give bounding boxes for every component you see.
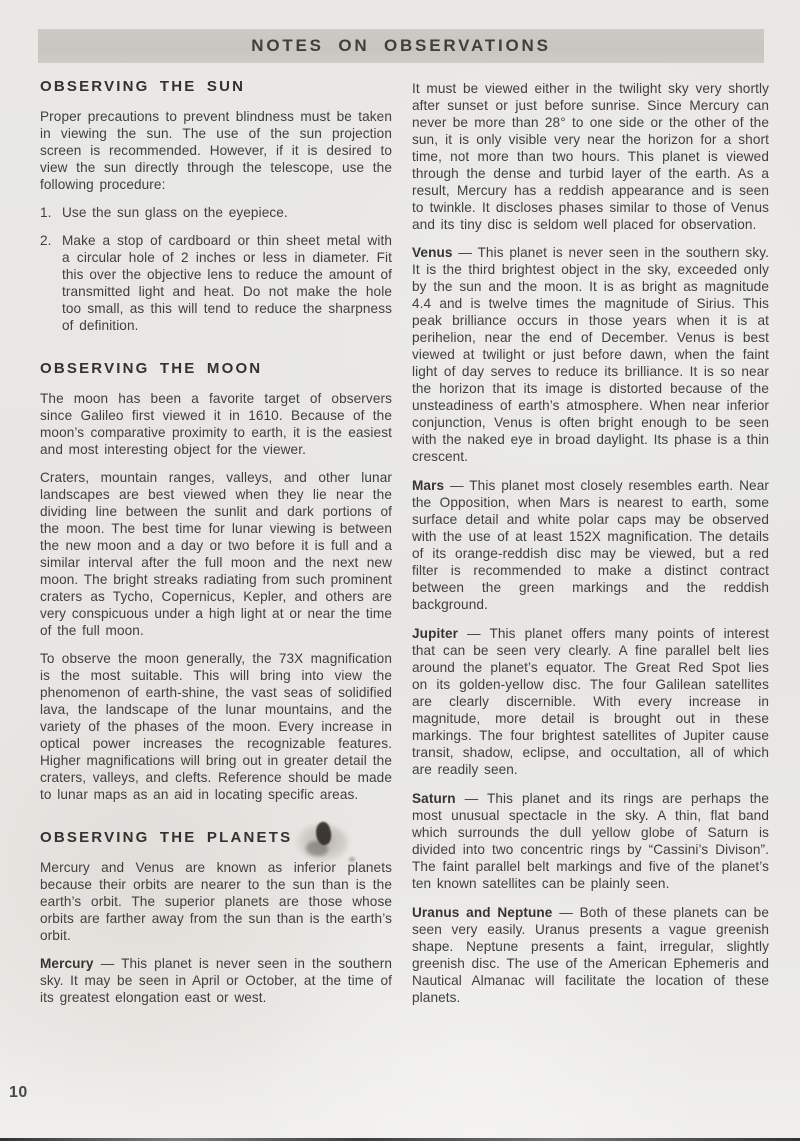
planet-entry-saturn: Saturn — This planet and its rings are p… [412,790,769,892]
planet-name: Uranus and Neptune [412,905,552,920]
mercury-continued-paragraph: It must be viewed either in the twilight… [412,80,769,233]
section-heading-planets: OBSERVING THE PLANETS [40,829,392,846]
planet-name: Mercury [40,956,94,971]
list-item-text: Make a stop of cardboard or thin sheet m… [62,232,392,334]
planet-entry-mars: Mars — This planet most closely resemble… [412,477,769,613]
right-column: It must be viewed either in the twilight… [412,80,769,1018]
list-item: 2. Make a stop of cardboard or thin shee… [40,232,392,334]
page-header-banner: NOTES ON OBSERVATIONS [38,29,764,63]
planet-entry-venus: Venus — This planet is never seen in the… [412,244,769,465]
list-item-number: 1. [40,204,62,221]
moon-paragraph-3: To observe the moon generally, the 73X m… [40,650,392,803]
page-title: NOTES ON OBSERVATIONS [251,36,551,56]
planet-entry-text: — Both of these planets can be seen very… [412,905,769,1005]
planet-entry-text: — This planet most closely resembles ear… [412,478,769,612]
planet-entry-mercury: Mercury — This planet is never seen in t… [40,955,392,1006]
list-item-number: 2. [40,232,62,334]
planet-name: Venus [412,245,453,260]
planet-entry-jupiter: Jupiter — This planet offers many points… [412,625,769,778]
sun-intro-paragraph: Proper precautions to prevent blindness … [40,108,392,193]
planet-name: Saturn [412,791,456,806]
planet-entry-text: — This planet is never seen in the south… [412,245,769,464]
list-item-text: Use the sun glass on the eyepiece. [62,204,392,221]
section-heading-sun: OBSERVING THE SUN [40,78,392,95]
planets-intro-paragraph: Mercury and Venus are known as inferior … [40,859,392,944]
list-item: 1. Use the sun glass on the eyepiece. [40,204,392,221]
planet-entry-text: — This planet and its rings are perhaps … [412,791,769,891]
scanned-manual-page: NOTES ON OBSERVATIONS OBSERVING THE SUN … [0,0,800,1141]
planet-name: Jupiter [412,626,458,641]
planet-entry-uranus-neptune: Uranus and Neptune — Both of these plane… [412,904,769,1006]
page-number: 10 [9,1084,28,1102]
left-column: OBSERVING THE SUN Proper precautions to … [40,78,392,1018]
planet-name: Mars [412,478,444,493]
section-heading-moon: OBSERVING THE MOON [40,360,392,377]
moon-paragraph-2: Craters, mountain ranges, valleys, and o… [40,469,392,639]
sun-procedure-list: 1. Use the sun glass on the eyepiece. 2.… [40,204,392,334]
moon-paragraph-1: The moon has been a favorite target of o… [40,390,392,458]
planet-entry-text: — This planet offers many points of inte… [412,626,769,777]
